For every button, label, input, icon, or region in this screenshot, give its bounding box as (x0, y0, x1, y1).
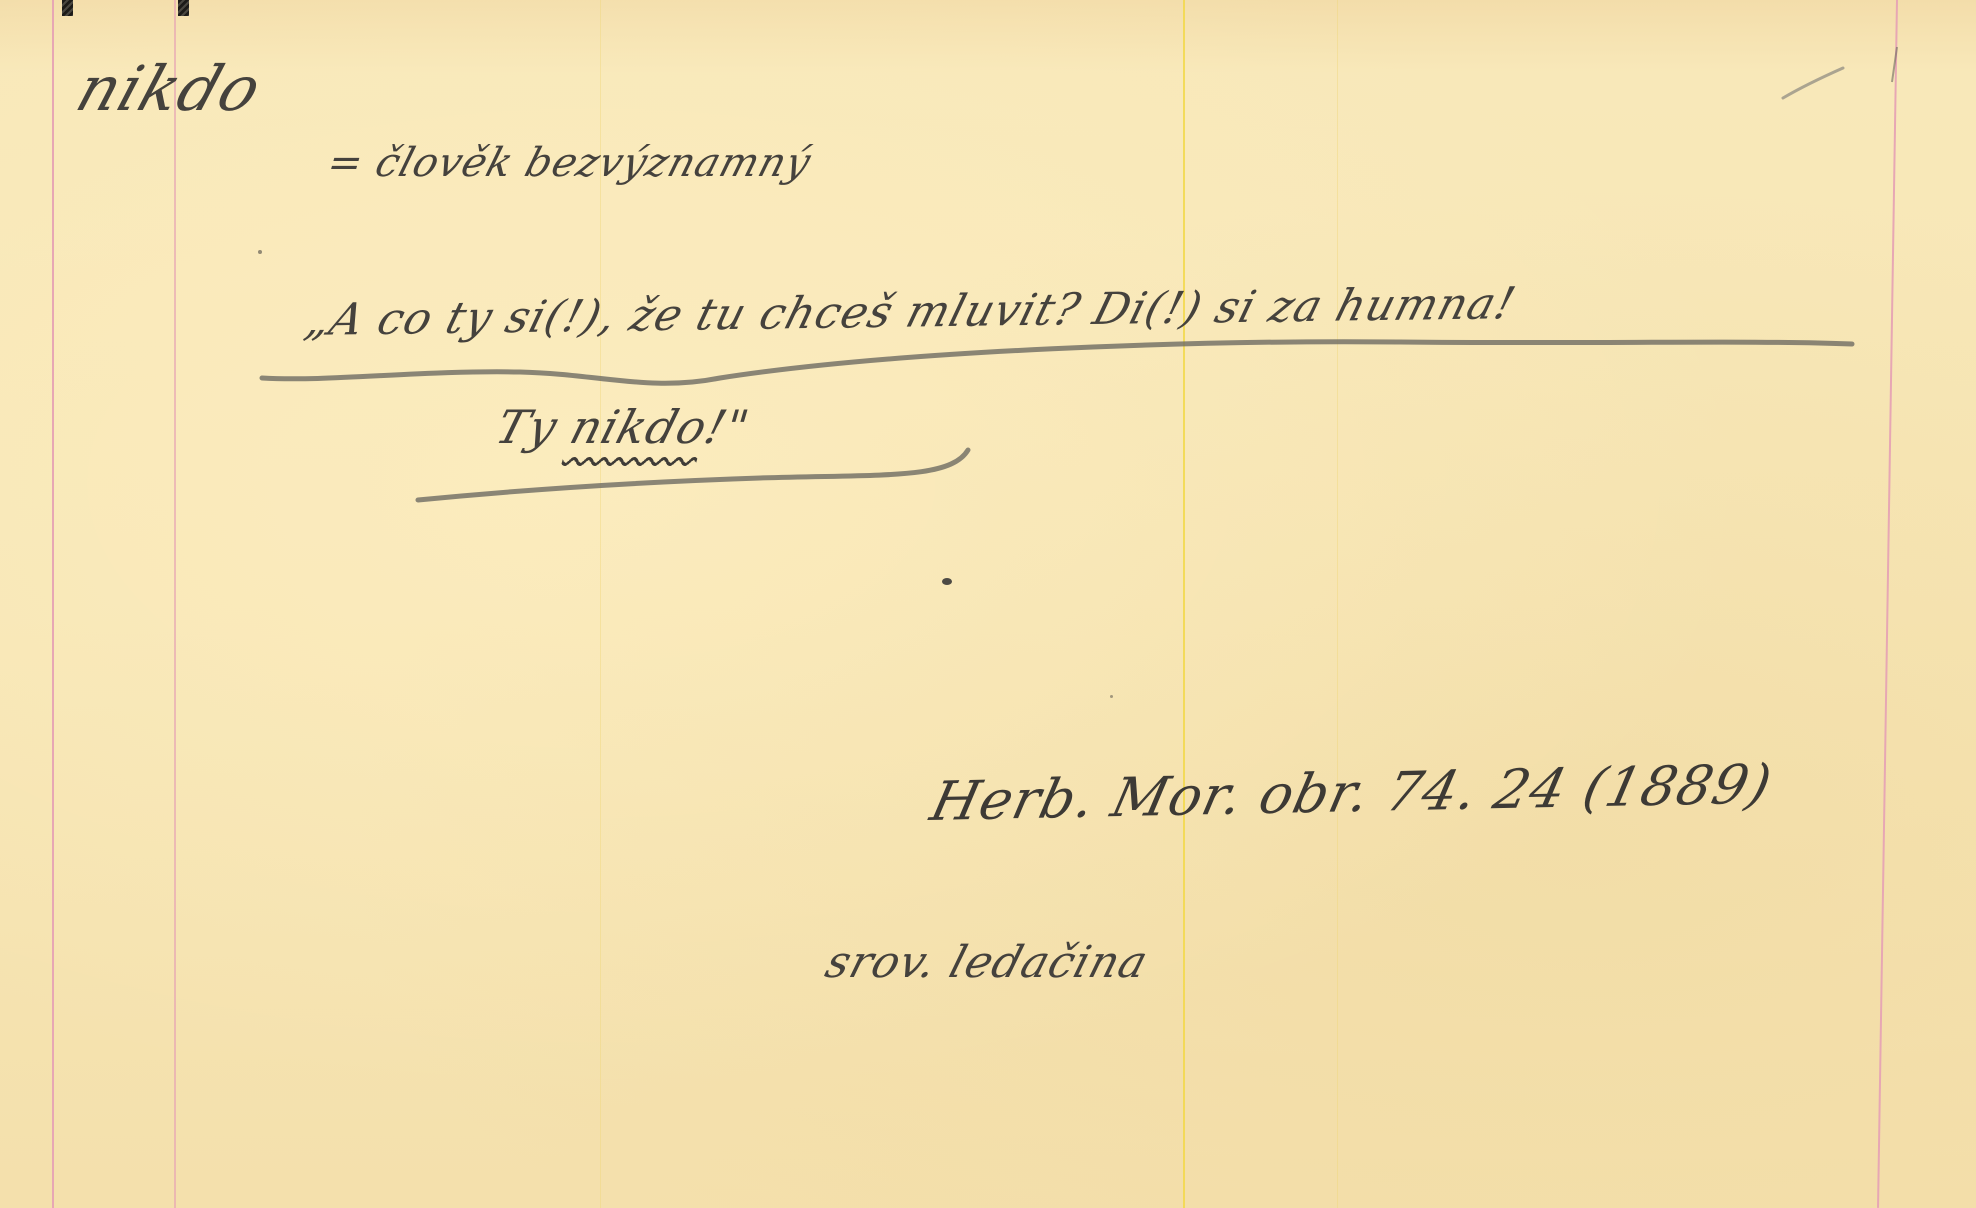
example-underline (262, 342, 1852, 384)
stray-mark (1892, 47, 1897, 82)
dictionary-slip: nikdo = člověk bezvýznamný „A co ty si(!… (0, 0, 1976, 1208)
ink-dot (942, 578, 952, 585)
ink-dot (1110, 695, 1113, 698)
pencil-strokes (0, 0, 1976, 1208)
stray-stroke (1783, 68, 1843, 98)
ink-dot (258, 250, 262, 254)
example-bracket-line (418, 450, 968, 500)
